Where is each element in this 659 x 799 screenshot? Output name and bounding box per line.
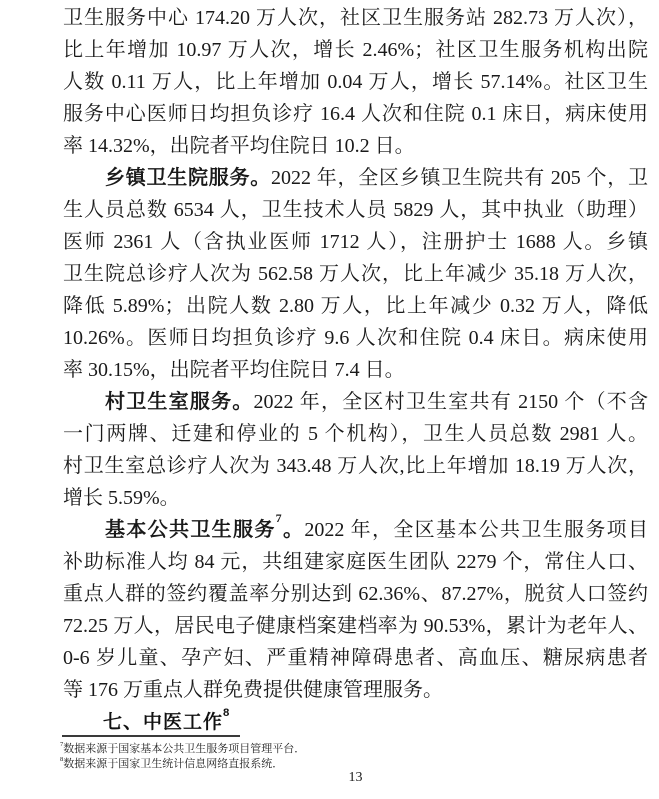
paragraph-first-line: 村卫生室服务。2022 年，全区村卫生室共有 2150 个（不含 bbox=[63, 386, 648, 418]
footnote-marker-7: 7 bbox=[60, 742, 63, 749]
text-line: 率 30.15%，出院者平均住院日 7.4 日。 bbox=[63, 354, 648, 386]
paragraph-first-line: 基本公共卫生服务7。2022 年，全区基本公共卫生服务项目 bbox=[63, 514, 648, 546]
text-line: 卫生院总诊疗人次为 562.58 万人次，比上年减少 35.18 万人次， bbox=[63, 258, 648, 290]
text-line: 72.25 万人，居民电子健康档案建档率为 90.53%，累计为老年人、 bbox=[63, 610, 648, 642]
paragraph-village-clinic-service: 村卫生室服务。2022 年，全区村卫生室共有 2150 个（不含 一门两牌、迁建… bbox=[63, 386, 648, 514]
text-line: 村卫生室总诊疗人次为 343.48 万人次,比上年增加 18.19 万人次， bbox=[63, 450, 648, 482]
text-line: 一门两牌、迁建和停业的 5 个机构），卫生人员总数 2981 人。 bbox=[63, 418, 648, 450]
text-line: 重点人群的签约覆盖率分别达到 62.36%、87.27%，脱贫人口签约 bbox=[63, 578, 648, 610]
run-in-heading: 基本公共卫生服务7。 bbox=[105, 519, 304, 541]
text-run: 2022 年，全区乡镇卫生院共有 205 个，卫 bbox=[271, 167, 648, 189]
text-line: 补助标准人均 84 元，共组建家庭医生团队 2279 个，常住人口、 bbox=[63, 546, 648, 578]
text-line: 卫生服务中心 174.20 万人次，社区卫生服务站 282.73 万人次）， bbox=[63, 2, 648, 34]
paragraph-first-line: 乡镇卫生院服务。2022 年，全区乡镇卫生院共有 205 个，卫 bbox=[63, 162, 648, 194]
text-line: 比上年增加 10.97 万人次，增长 2.46%；社区卫生服务机构出院 bbox=[63, 34, 648, 66]
text-line: 医师 2361 人（含执业医师 1712 人），注册护士 1688 人。乡镇 bbox=[63, 226, 648, 258]
footnote-text: 数据来源于国家基本公共卫生服务项目管理平台． bbox=[63, 743, 305, 755]
text-line: 降低 5.89%；出院人数 2.80 万人，比上年减少 0.32 万人，降低 bbox=[63, 290, 648, 322]
text-run: 2022 年，全区村卫生室共有 2150 个（不含 bbox=[254, 391, 648, 413]
footnote-separator-rule bbox=[62, 735, 240, 737]
body-text: 卫生服务中心 174.20 万人次，社区卫生服务站 282.73 万人次）， 比… bbox=[63, 2, 648, 736]
paragraph-community-service: 卫生服务中心 174.20 万人次，社区卫生服务站 282.73 万人次）， 比… bbox=[63, 2, 648, 162]
text-run: 2022 年，全区基本公共卫生服务项目 bbox=[304, 519, 648, 541]
footnote-reference-8: 8 bbox=[223, 708, 230, 719]
heading-punctuation: 。 bbox=[282, 519, 305, 541]
section-heading-tcm-work: 七、中医工作8 bbox=[103, 710, 648, 736]
footnote-area: 7数据来源于国家基本公共卫生服务项目管理平台． 8数据来源于国家卫生统计信息网络… bbox=[60, 735, 645, 772]
paragraph-basic-public-health-service: 基本公共卫生服务7。2022 年，全区基本公共卫生服务项目 补助标准人均 84 … bbox=[63, 514, 648, 706]
paragraph-township-hospital-service: 乡镇卫生院服务。2022 年，全区乡镇卫生院共有 205 个，卫 生人员总数 6… bbox=[63, 162, 648, 386]
text-line: 10.26%。医师日均担负诊疗 9.6 人次和住院 0.4 床日。病床使用 bbox=[63, 322, 648, 354]
text-line: 增长 5.59%。 bbox=[63, 482, 648, 514]
text-line: 人数 0.11 万人，比上年增加 0.04 万人，增长 57.14%。社区卫生 bbox=[63, 66, 648, 98]
page-number: 13 bbox=[63, 770, 648, 786]
footnote-reference-7: 7 bbox=[276, 512, 282, 524]
footnote-marker-8: 8 bbox=[60, 757, 63, 764]
section-heading-text: 七、中医工作 bbox=[103, 712, 223, 733]
heading-text: 基本公共卫生服务 bbox=[105, 519, 276, 541]
text-line: 服务中心医师日均担负诊疗 16.4 人次和住院 0.1 床日，病床使用 bbox=[63, 98, 648, 130]
footnote-7: 7数据来源于国家基本公共卫生服务项目管理平台． bbox=[60, 742, 645, 757]
text-line: 0-6 岁儿童、孕产妇、严重精神障碍患者、高血压、糖尿病患者 bbox=[63, 642, 648, 674]
text-line: 生人员总数 6534 人，卫生技术人员 5829 人，其中执业（助理） bbox=[63, 194, 648, 226]
document-page: 卫生服务中心 174.20 万人次，社区卫生服务站 282.73 万人次）， 比… bbox=[0, 0, 659, 799]
run-in-heading: 乡镇卫生院服务。 bbox=[105, 167, 271, 189]
footnote-text: 数据来源于国家卫生统计信息网络直报系统． bbox=[63, 758, 283, 770]
run-in-heading: 村卫生室服务。 bbox=[105, 391, 254, 413]
text-line: 等 176 万重点人群免费提供健康管理服务。 bbox=[63, 674, 648, 706]
text-line: 率 14.32%，出院者平均住院日 10.2 日。 bbox=[63, 130, 648, 162]
